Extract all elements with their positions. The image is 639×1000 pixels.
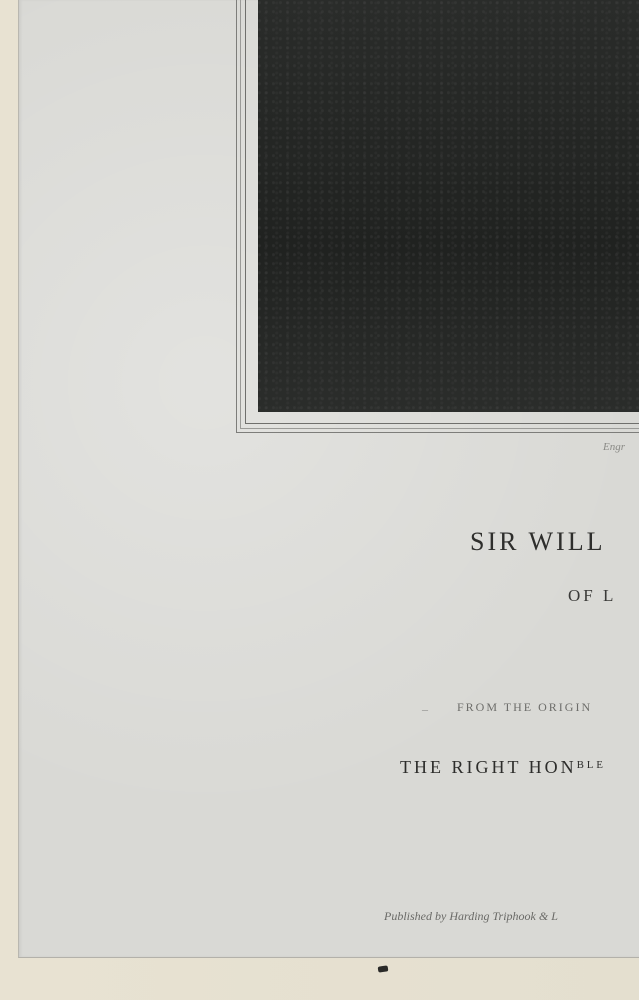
sitter-name: SIR WILL [470,527,605,557]
caption-dash: – [422,702,428,717]
ink-speck [378,965,389,972]
publisher-line: Published by Harding Triphook & L [384,909,558,924]
print-mount: Engr SIR WILL OF L – FROM THE ORIGIN THE… [0,0,639,1000]
sitter-title: OF L [568,586,616,606]
owner-line: THE RIGHT HONᴮᴸᴱ [400,757,606,778]
source-line: FROM THE ORIGIN [457,700,592,715]
portrait-engraving [258,0,639,412]
engraver-credit: Engr [603,441,625,453]
